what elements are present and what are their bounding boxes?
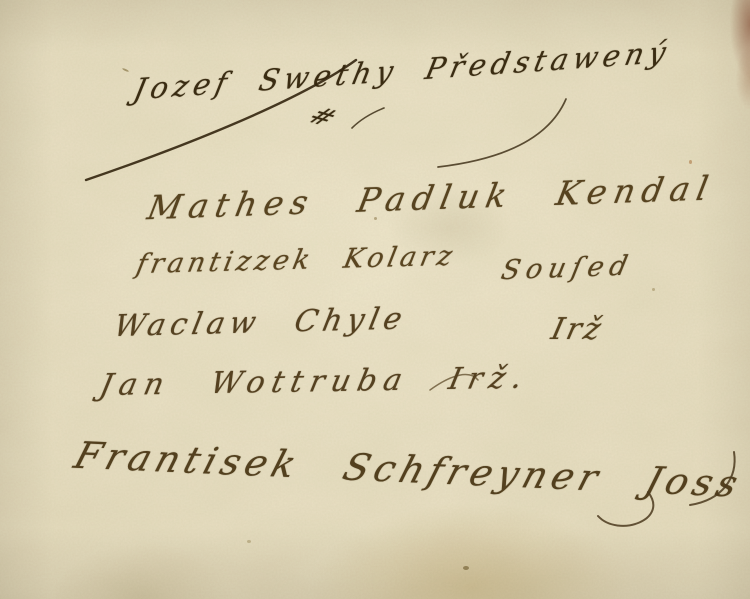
handwritten-line-3-title: Souſed <box>498 250 636 286</box>
paper-background <box>0 0 750 599</box>
manuscript-scan: Jozef Swethy Předstawený # Mathes Padluk… <box>0 0 750 599</box>
handwritten-line-4-title: Irž <box>548 312 607 347</box>
